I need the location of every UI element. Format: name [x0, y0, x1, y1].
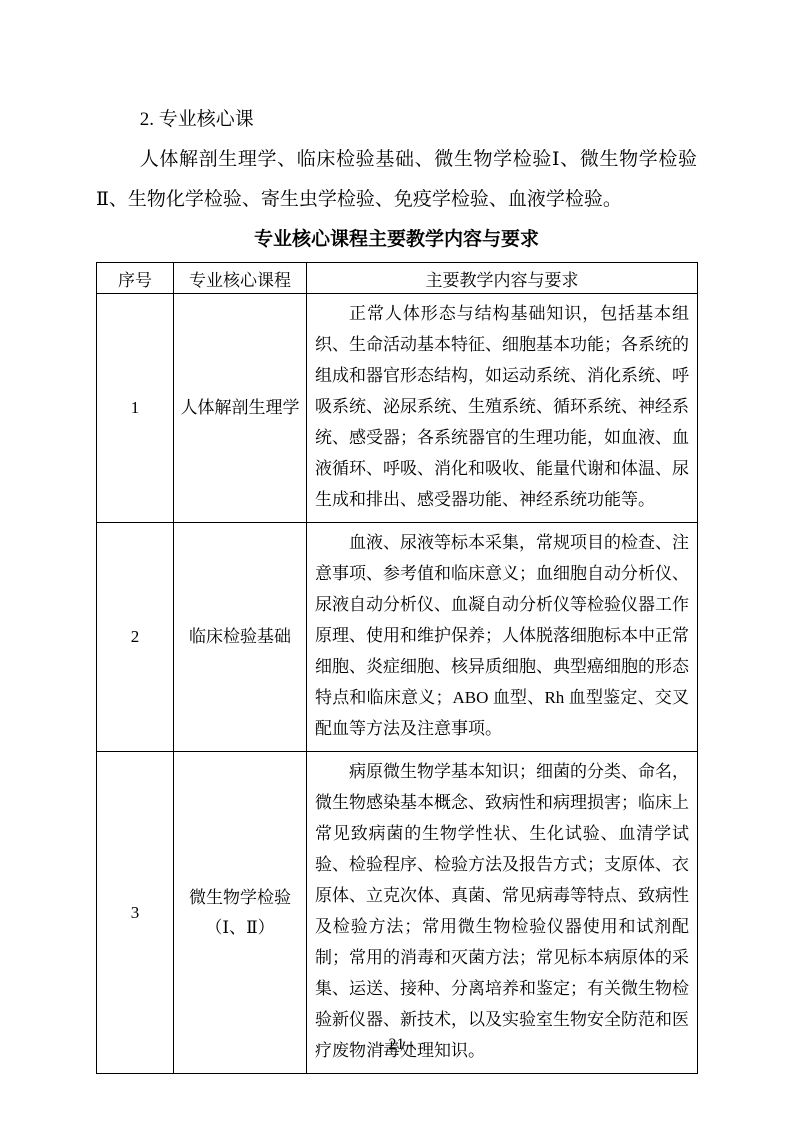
column-header-content: 主要教学内容与要求	[307, 263, 698, 294]
row-number: 3	[97, 752, 174, 1074]
table-row: 1 人体解剖生理学 正常人体形态与结构基础知识，包括基本组织、生命活动基本特征、…	[97, 294, 698, 523]
table-row: 3 微生物学检验 （Ⅰ、Ⅱ） 病原微生物学基本知识；细菌的分类、命名，微生物感染…	[97, 752, 698, 1074]
course-name-subtext: （Ⅰ、Ⅱ）	[176, 913, 304, 943]
page-number: - 21 -	[0, 1036, 793, 1054]
row-number: 1	[97, 294, 174, 523]
course-content: 病原微生物学基本知识；细菌的分类、命名，微生物感染基本概念、致病性和病理损害；临…	[307, 752, 698, 1074]
course-name-text: 临床检验基础	[176, 622, 304, 652]
course-name: 微生物学检验 （Ⅰ、Ⅱ）	[174, 752, 307, 1074]
column-header-no: 序号	[97, 263, 174, 294]
table-header-row: 序号 专业核心课程 主要教学内容与要求	[97, 263, 698, 294]
course-name: 人体解剖生理学	[174, 294, 307, 523]
table-row: 2 临床检验基础 血液、尿液等标本采集，常规项目的检查、注意事项、参考值和临床意…	[97, 523, 698, 752]
table-title: 专业核心课程主要教学内容与要求	[96, 226, 697, 254]
course-content: 血液、尿液等标本采集，常规项目的检查、注意事项、参考值和临床意义；血细胞自动分析…	[307, 523, 698, 752]
section-heading: 2. 专业核心课	[96, 0, 697, 134]
intro-paragraph: 人体解剖生理学、临床检验基础、微生物学检验Ⅰ、微生物学检验Ⅱ、生物化学检验、寄生…	[96, 140, 697, 220]
row-number: 2	[97, 523, 174, 752]
course-name-text: 微生物学检验	[176, 883, 304, 913]
course-content: 正常人体形态与结构基础知识，包括基本组织、生命活动基本特征、细胞基本功能；各系统…	[307, 294, 698, 523]
document-page: 2. 专业核心课 人体解剖生理学、临床检验基础、微生物学检验Ⅰ、微生物学检验Ⅱ、…	[0, 0, 793, 1122]
page-content: 2. 专业核心课 人体解剖生理学、临床检验基础、微生物学检验Ⅰ、微生物学检验Ⅱ、…	[96, 0, 697, 1074]
course-name: 临床检验基础	[174, 523, 307, 752]
course-name-text: 人体解剖生理学	[176, 393, 304, 423]
core-courses-table: 序号 专业核心课程 主要教学内容与要求 1 人体解剖生理学 正常人体形态与结构基…	[96, 262, 698, 1074]
column-header-course: 专业核心课程	[174, 263, 307, 294]
